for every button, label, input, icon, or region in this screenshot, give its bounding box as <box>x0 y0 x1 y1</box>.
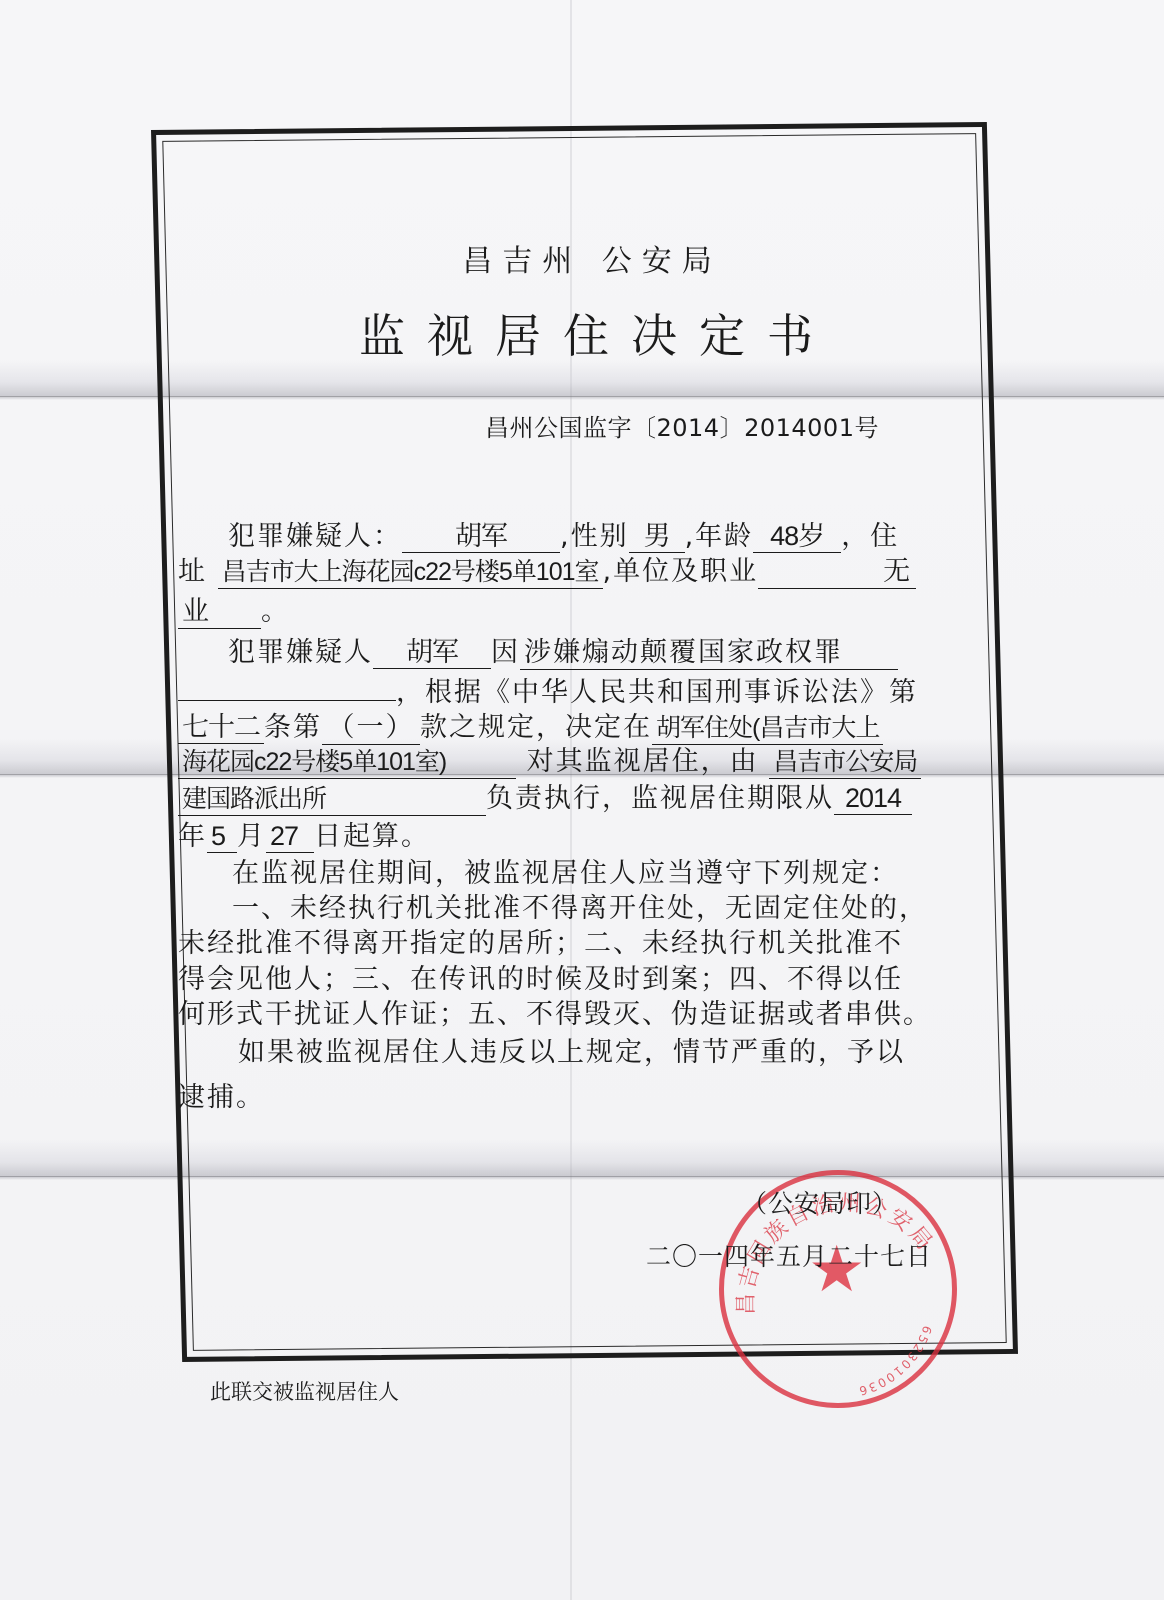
suspect-name-field-2: 胡军 <box>373 636 491 669</box>
occupation-field-cont: 业 <box>178 596 261 629</box>
document-title: 监视居住决定书 <box>0 300 1164 366</box>
clause-field: （一） <box>322 712 420 745</box>
residence-place-field-cont: 海花园c22号楼5单101室) <box>178 746 516 779</box>
charge-field-cont <box>178 672 396 701</box>
body-line-8: 建国路派出所负责执行，监视居住期限从2014 <box>178 782 912 816</box>
body-line-11: 一、未经执行机关批准不得离开住处，无固定住处的， <box>232 893 928 925</box>
sex-field: 男 <box>629 520 685 553</box>
executor-field: 昌吉市公安局 <box>769 746 921 779</box>
body-line-12: 未经批准不得离开指定的居所；二、未经执行机关批准不 <box>178 928 903 960</box>
body-line-13: 得会见他人；三、在传讯的时候及时到案；四、不得以任 <box>178 964 903 996</box>
residence-place-field: 胡军住处(昌吉市大上 <box>652 712 883 745</box>
address-field: 昌吉市大上海花园c22号楼5单101室 <box>218 556 603 589</box>
body-line-9: 年5月27日起算。 <box>178 820 430 853</box>
body-line-7: 海花园c22号楼5单101室) 对其监视居住，由 昌吉市公安局 <box>178 746 921 779</box>
body-line-14: 何形式干扰证人作证；五、不得毁灭、伪造证据或者串供。 <box>178 999 932 1031</box>
age-field: 48岁 <box>753 520 841 553</box>
body-line-1: 犯罪嫌疑人：胡军,性别男,年龄48岁，住 <box>228 520 899 553</box>
copy-recipient-note: 此联交被监视居住人 <box>210 1376 399 1406</box>
body-line-5: ，根据《中华人民共和国刑事诉讼法》第 <box>178 672 918 709</box>
seal-label: （公安局印） <box>742 1184 898 1220</box>
body-line-15: 如果被监视居住人违反以上规定，情节严重的，予以 <box>238 1037 905 1069</box>
suspect-name-field: 胡军 <box>402 520 560 553</box>
charge-field: 涉嫌煽动颠覆国家政权罪 <box>520 637 898 670</box>
body-line-16: 逮捕。 <box>178 1082 265 1114</box>
body-line-6: 七十二条第（一）款之规定，决定在胡军住处(昌吉市大上 <box>178 711 883 745</box>
issue-date: 二〇一四年五月二十七日 <box>646 1237 932 1273</box>
article-field: 七十二 <box>178 711 264 744</box>
start-month-field: 5 <box>207 820 237 853</box>
executor-field-cont: 建国路派出所 <box>178 783 486 816</box>
document-number: 昌州公国监字〔2014〕2014001号 <box>485 408 879 443</box>
body-line-4: 犯罪嫌疑人胡军因涉嫌煽动颠覆国家政权罪 <box>228 636 898 670</box>
body-line-3: 业。 <box>178 596 290 629</box>
svg-text:6523010036: 6523010036 <box>856 1324 935 1399</box>
start-year-field: 2014 <box>834 782 912 815</box>
occupation-field: 无 <box>758 556 916 589</box>
body-line-2: 址 昌吉市大上海花园c22号楼5单101室,单位及职业无 <box>178 556 916 589</box>
body-line-10: 在监视居住期间，被监视居住人应当遵守下列规定： <box>232 858 899 890</box>
issuing-agency: 昌吉州 公安局 <box>0 236 1164 280</box>
start-day-field: 27 <box>266 820 314 853</box>
